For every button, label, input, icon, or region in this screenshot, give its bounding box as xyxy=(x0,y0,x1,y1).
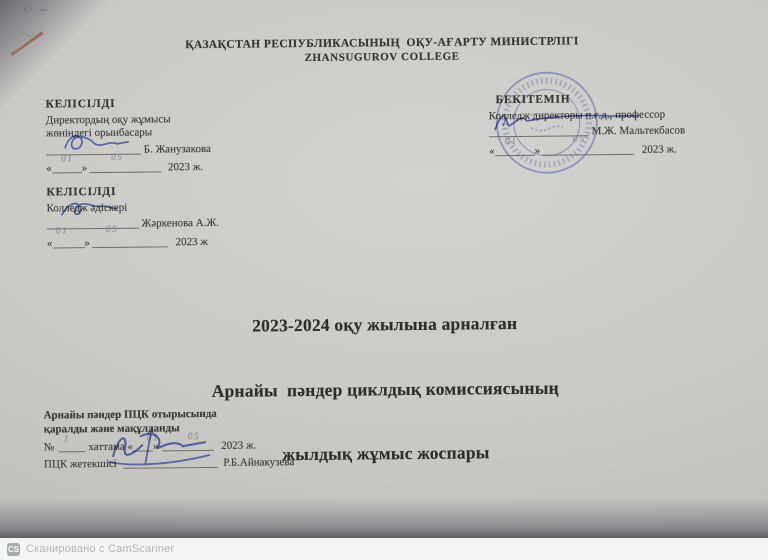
leader-name: Р.Б.Айнакузева xyxy=(223,456,294,469)
camscanner-icon: CS xyxy=(7,543,20,556)
agreed2-name: Жәркенова А.Ж. xyxy=(141,217,219,230)
month-blank xyxy=(542,144,634,155)
agreed2-date-row: «» 2023 ж xyxy=(47,235,219,250)
maltekbasov-signature xyxy=(491,103,646,134)
protocol-number-label: № xyxy=(44,441,55,453)
document-title: 2023-2024 оқу жылына арналған Арнайы пән… xyxy=(0,268,768,512)
camscanner-text: Сканировано с CamScanner xyxy=(26,543,174,555)
handwritten-protocol-number: 1 xyxy=(64,434,70,444)
zharkenova-signature xyxy=(57,198,127,223)
day-blank xyxy=(52,163,82,173)
handwritten-day: 01 xyxy=(56,226,69,236)
approved-year: 2023 ж. xyxy=(642,143,677,155)
agreed1-year: 2023 ж. xyxy=(168,161,203,173)
month-blank xyxy=(92,237,168,248)
title-line1: 2023-2024 оқу жылына арналған xyxy=(1,311,768,340)
agreed1-name: Б. Жанузакова xyxy=(144,142,211,155)
title-line2: Арнайы пәндер циклдық комиссиясының xyxy=(1,375,768,404)
quote-close: » xyxy=(534,144,540,156)
document-content: ҚАЗАҚСТАН РЕСПУБЛИКАСЫНЫҢ ОҚУ-АҒАРТУ МИН… xyxy=(0,0,768,560)
scanned-document-page: ҚАЗАҚСТАН РЕСПУБЛИКАСЫНЫҢ ОҚУ-АҒАРТУ МИН… xyxy=(0,0,768,560)
month-blank xyxy=(89,162,161,173)
quote-close: » xyxy=(82,162,88,174)
handwritten-day: 01 xyxy=(505,137,518,147)
zhanuzakova-signature xyxy=(59,128,137,157)
handwritten-month: 05 xyxy=(106,225,119,235)
number-blank xyxy=(58,442,84,452)
approved-date-row: «» 2023 ж. xyxy=(489,142,729,158)
page-bottom-shadow xyxy=(0,498,768,538)
ainakuzeva-signature xyxy=(104,425,222,470)
agreed1-heading: КЕЛІСІЛДІ xyxy=(46,97,211,112)
handwritten-month: 05 xyxy=(573,134,586,144)
agreed2-year: 2023 ж xyxy=(176,235,208,247)
camscanner-watermark-bar: CS Сканировано с CamScanner xyxy=(0,538,768,560)
protocol-year: 2023 ж. xyxy=(221,439,256,451)
day-blank xyxy=(52,238,84,248)
quote-close: » xyxy=(84,237,90,249)
pencil-ticks xyxy=(24,6,47,11)
pencil-scribble xyxy=(18,32,35,38)
